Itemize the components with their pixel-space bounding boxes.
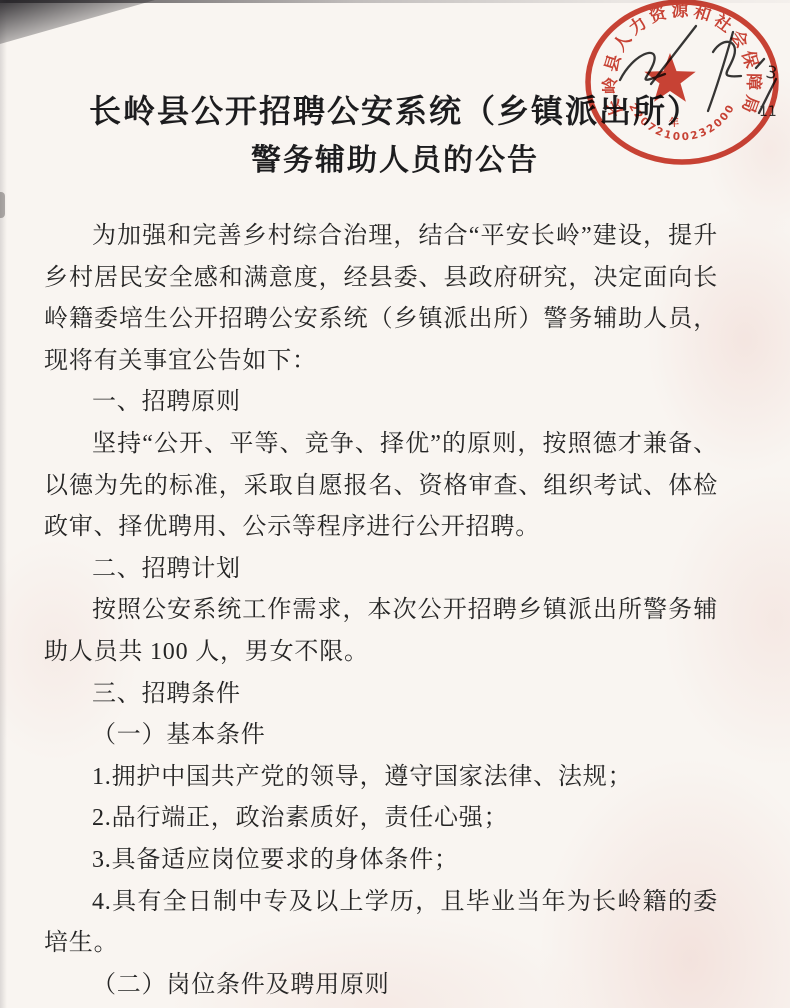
scan-edge-mark	[0, 192, 5, 218]
body-paragraph: 3.具备适应岗位要求的身体条件；	[44, 840, 718, 882]
document-body: 为加强和完善乡村综合治理，结合“平安长岭”建设，提升乡村居民安全感和满意度，经县…	[44, 216, 718, 1006]
body-paragraph: 坚持“公开、平等、竞争、择优”的原则，按照德才兼备、以德为先的标准，采取自愿报名…	[44, 424, 718, 549]
body-paragraph: 4.具有全日制中专及以上学历，且毕业当年为长岭籍的委培生。	[44, 882, 718, 965]
handwritten-annotations: 3 11	[575, 0, 790, 189]
body-paragraph: 为加强和完善乡村综合治理，结合“平安长岭”建设，提升乡村居民安全感和满意度，经县…	[44, 216, 718, 382]
section-heading: 二、招聘计划	[44, 549, 718, 591]
body-paragraph: 2.品行端正，政治素质好，责任心强；	[44, 798, 718, 840]
body-paragraph: 按照公安系统工作需求，本次公开招聘乡镇派出所警务辅助人员共 100 人，男女不限…	[44, 590, 718, 673]
section-heading: 一、招聘原则	[44, 382, 718, 424]
section-heading: （二）岗位条件及聘用原则	[44, 965, 718, 1007]
body-paragraph: 1.拥护中国共产党的领导，遵守国家法律、法规；	[44, 757, 718, 799]
handwritten-date-denominator: 11	[759, 104, 777, 120]
scan-corner-shadow	[0, 0, 155, 44]
section-heading: 三、招聘条件	[44, 674, 718, 716]
handwritten-signature-scribble	[620, 26, 776, 113]
handwritten-date-numerator: 3	[764, 62, 779, 84]
scanned-document-page: 长岭县公开招聘公安系统（乡镇派出所） 警务辅助人员的公告 为加强和完善乡村综合治…	[0, 0, 790, 1008]
section-heading: （一）基本条件	[44, 715, 718, 757]
